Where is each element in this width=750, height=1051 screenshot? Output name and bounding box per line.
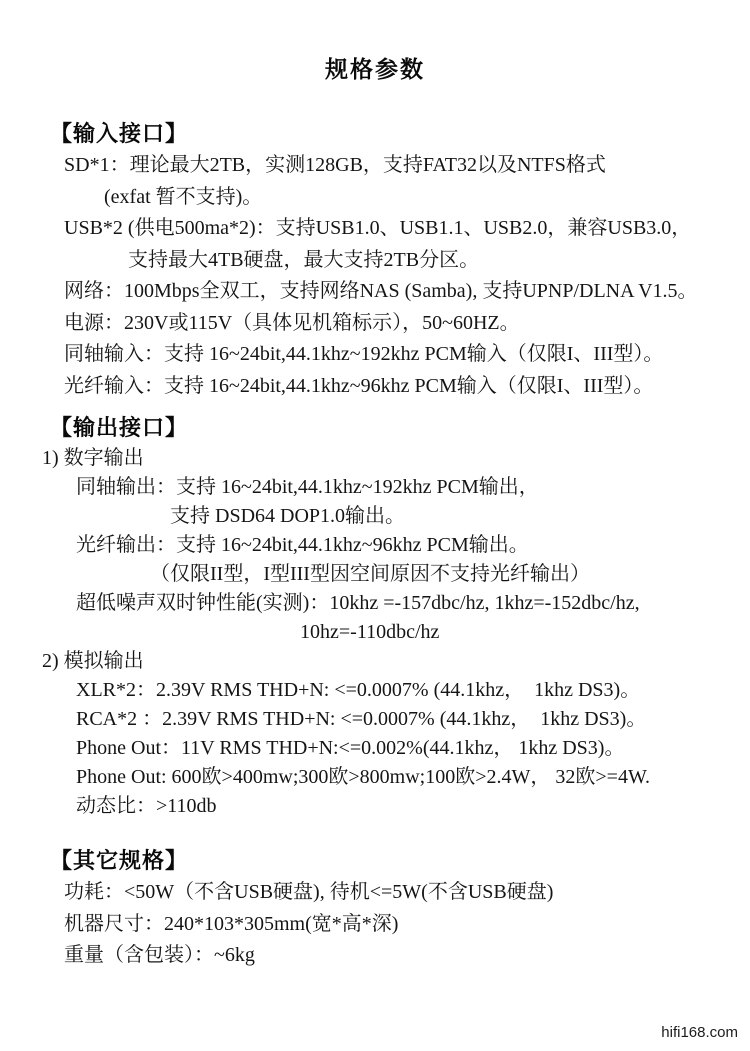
- analog-output-label: 2) 模拟输出: [0, 647, 750, 676]
- spec-line-clock: 超低噪声双时钟性能(实测)：10khz =-157dbc/hz, 1khz=-1…: [0, 589, 750, 618]
- spec-line-network: 网络：100Mbps全双工，支持网络NAS (Samba), 支持UPNP/DL…: [0, 276, 750, 308]
- spec-line-dimensions: 机器尺寸：240*103*305mm(宽*高*深): [0, 909, 750, 941]
- spec-line-optical-output: 光纤输出：支持 16~24bit,44.1khz~96khz PCM输出。: [0, 531, 750, 560]
- spec-line-clock-cont: 10hz=-110dbc/hz: [0, 618, 750, 647]
- spec-line-usb: USB*2 (供电500ma*2)：支持USB1.0、USB1.1、USB2.0…: [0, 213, 750, 245]
- output-ports-section: 【输出接口】 1) 数字输出 同轴输出：支持 16~24bit,44.1khz~…: [0, 412, 750, 821]
- spec-line-rca: RCA*2 ：2.39V RMS THD+N: <=0.0007% (44.1k…: [0, 705, 750, 734]
- spec-line-xlr: XLR*2：2.39V RMS THD+N: <=0.0007% (44.1kh…: [0, 676, 750, 705]
- digital-output-label: 1) 数字输出: [0, 444, 750, 473]
- spec-document-page: 规格参数 【输入接口】 SD*1：理论最大2TB，实测128GB，支持FAT32…: [0, 0, 750, 1051]
- output-section-heading: 【输出接口】: [0, 412, 750, 444]
- spec-line-coax-output-cont: 支持 DSD64 DOP1.0输出。: [0, 502, 750, 531]
- spec-line-weight: 重量（含包装）：~6kg: [0, 940, 750, 972]
- spec-line-coax-input: 同轴输入：支持 16~24bit,44.1khz~192khz PCM输入（仅限…: [0, 339, 750, 371]
- page-title: 规格参数: [0, 0, 750, 84]
- spec-line-phone-out-power: Phone Out: 600欧>400mw;300欧>800mw;100欧>2.…: [0, 763, 750, 792]
- spec-line-sd: SD*1：理论最大2TB，实测128GB，支持FAT32以及NTFS格式: [0, 150, 750, 182]
- watermark-text: hifi168.com: [661, 1024, 738, 1041]
- spec-line-dynamic-range: 动态比：>110db: [0, 792, 750, 821]
- input-ports-section: 【输入接口】 SD*1：理论最大2TB，实测128GB，支持FAT32以及NTF…: [0, 118, 750, 402]
- spec-line-coax-output: 同轴输出：支持 16~24bit,44.1khz~192khz PCM输出，: [0, 473, 750, 502]
- other-section-heading: 【其它规格】: [0, 845, 750, 877]
- spec-line-usb-cont: 支持最大4TB硬盘，最大支持2TB分区。: [0, 245, 750, 277]
- spec-line-power: 电源：230V或115V（具体见机箱标示），50~60HZ。: [0, 308, 750, 340]
- input-section-heading: 【输入接口】: [0, 118, 750, 150]
- spec-line-phone-out-thd: Phone Out：11V RMS THD+N:<=0.002%(44.1khz…: [0, 734, 750, 763]
- spec-line-optical-input: 光纤输入：支持 16~24bit,44.1khz~96khz PCM输入（仅限I…: [0, 371, 750, 403]
- spec-line-power-consumption: 功耗：<50W（不含USB硬盘), 待机<=5W(不含USB硬盘): [0, 877, 750, 909]
- spec-line-sd-cont: (exfat 暂不支持)。: [0, 182, 750, 214]
- other-specs-section: 【其它规格】 功耗：<50W（不含USB硬盘), 待机<=5W(不含USB硬盘)…: [0, 845, 750, 972]
- spec-line-optical-output-cont: （仅限II型，I型III型因空间原因不支持光纤输出）: [0, 560, 750, 589]
